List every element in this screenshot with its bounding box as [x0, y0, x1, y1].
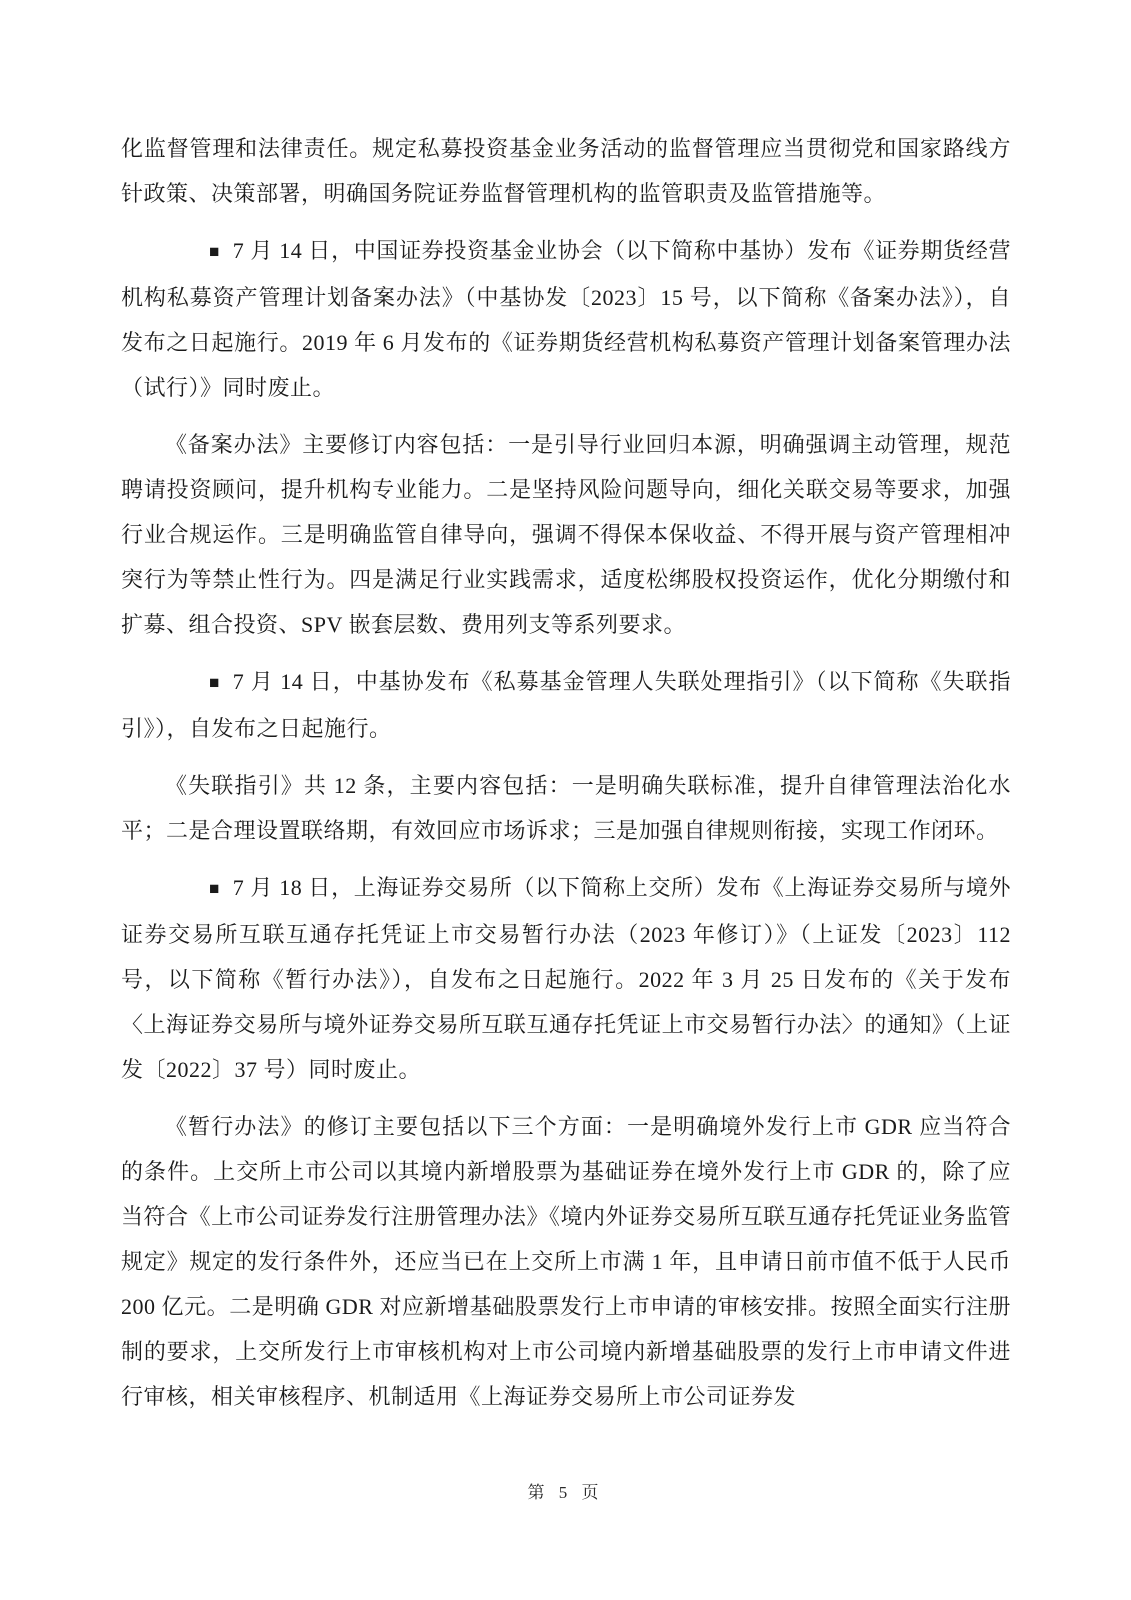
paragraph-text: 7 月 14 日，中国证券投资基金业协会（以下简称中基协）发布《证券期货经营机构…	[121, 238, 1011, 400]
page-footer: 第 5 页	[0, 1478, 1131, 1503]
paragraph-text: 《暂行办法》的修订主要包括以下三个方面：一是明确境外发行上市 GDR 应当符合的…	[121, 1114, 1011, 1409]
document-page: 化监督管理和法律责任。规定私募投资基金业务活动的监督管理应当贯彻党和国家路线方针…	[0, 0, 1131, 1600]
paragraph-bullet-jul14-lost-contact-guideline: ■7 月 14 日，中基协发布《私募基金管理人失联处理指引》（以下简称《失联指引…	[121, 659, 1011, 751]
bullet-square-icon: ■	[165, 866, 220, 911]
paragraph-text: 7 月 18 日，上海证券交易所（以下简称上交所）发布《上海证券交易所与境外证券…	[121, 875, 1011, 1082]
paragraph-text: 7 月 14 日，中基协发布《私募基金管理人失联处理指引》（以下简称《失联指引》…	[121, 669, 1011, 741]
paragraph-filing-measures-revisions: 《备案办法》主要修订内容包括：一是引导行业回归本源，明确强调主动管理，规范聘请投…	[121, 422, 1011, 647]
bullet-square-icon: ■	[165, 229, 220, 274]
bullet-square-icon: ■	[165, 660, 220, 705]
paragraph-lost-contact-guideline-contents: 《失联指引》共 12 条，主要内容包括：一是明确失联标准，提升自律管理法治化水平…	[121, 763, 1011, 853]
paragraph-bullet-jul18-sse-interim-measures: ■7 月 18 日，上海证券交易所（以下简称上交所）发布《上海证券交易所与境外证…	[121, 865, 1011, 1092]
document-body: 化监督管理和法律责任。规定私募投资基金业务活动的监督管理应当贯彻党和国家路线方针…	[121, 126, 1011, 1431]
paragraph-text: 《失联指引》共 12 条，主要内容包括：一是明确失联标准，提升自律管理法治化水平…	[121, 773, 1011, 843]
page-number: 第 5 页	[528, 1483, 604, 1502]
paragraph-interim-measures-revisions: 《暂行办法》的修订主要包括以下三个方面：一是明确境外发行上市 GDR 应当符合的…	[121, 1104, 1011, 1419]
paragraph-text: 化监督管理和法律责任。规定私募投资基金业务活动的监督管理应当贯彻党和国家路线方针…	[121, 136, 1011, 206]
paragraph-text: 《备案办法》主要修订内容包括：一是引导行业回归本源，明确强调主动管理，规范聘请投…	[121, 432, 1011, 637]
paragraph-bullet-jul14-filing-measures: ■7 月 14 日，中国证券投资基金业协会（以下简称中基协）发布《证券期货经营机…	[121, 228, 1011, 410]
paragraph-continuation: 化监督管理和法律责任。规定私募投资基金业务活动的监督管理应当贯彻党和国家路线方针…	[121, 126, 1011, 216]
